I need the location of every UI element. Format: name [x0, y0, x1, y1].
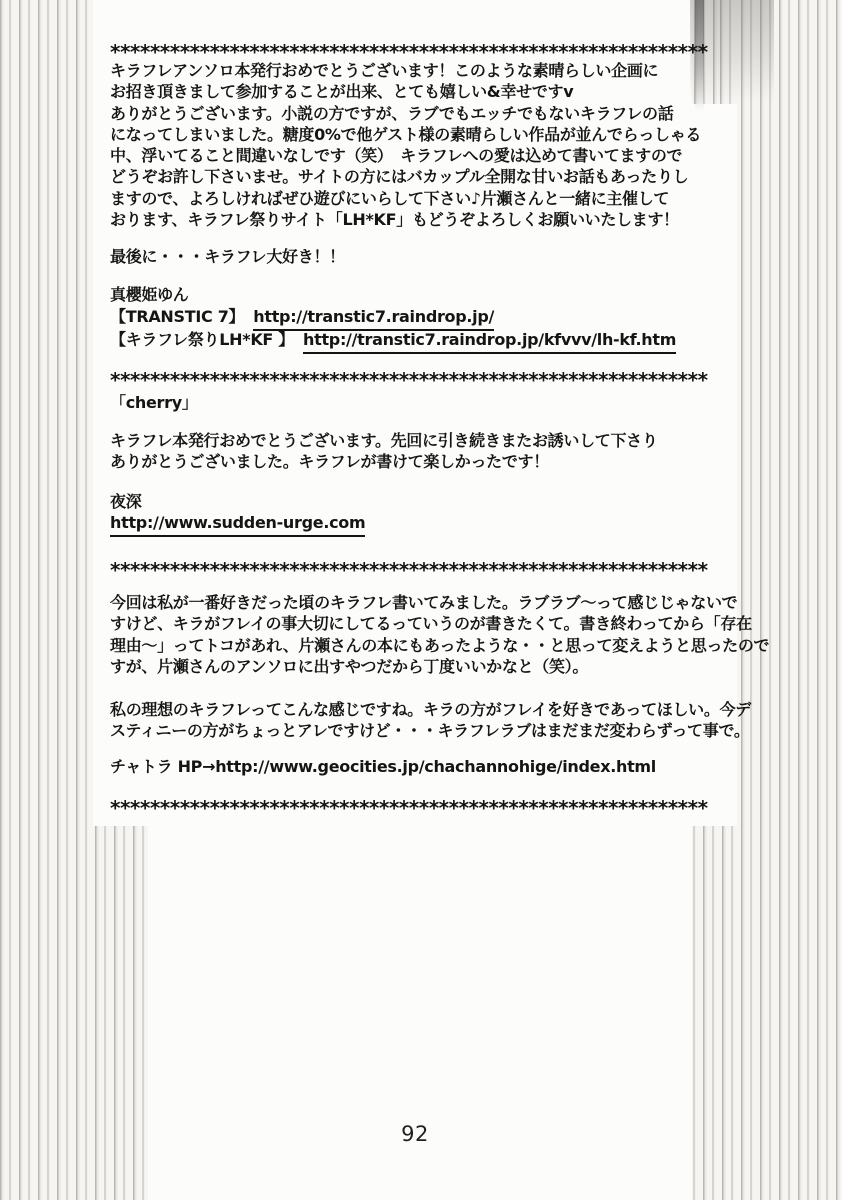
site-url: http://transtic7.raindrop.jp/	[253, 306, 494, 331]
guest1-author: 真櫻姫ゆん	[110, 284, 189, 305]
guest1-site-festival: 【キラフレ祭りLH*KF 】http://transtic7.raindrop.…	[110, 329, 676, 354]
guest3-site: チャトラ HP→http://www.geocities.jp/chachann…	[110, 756, 656, 778]
divider-row-1: ****************************************…	[110, 42, 708, 62]
divider-row-2: ****************************************…	[110, 370, 708, 390]
site-label: 【TRANSTIC 7】	[110, 307, 244, 326]
guest2-site: http://www.sudden-urge.com	[110, 512, 365, 537]
guest1-message: キラフレアンソロ本発行おめでとうございます！このような素晴らしい企画に お招き頂…	[110, 60, 701, 230]
divider-row-3: ****************************************…	[110, 560, 708, 580]
page-number: 92	[385, 1122, 445, 1146]
guest3-message-2: 私の理想のキラフレってこんな感じですね。キラの方がフレイを好きであってほしい。今…	[110, 699, 751, 742]
site-url: http://www.geocities.jp/chachannohige/in…	[215, 757, 656, 776]
site-label: 【キラフレ祭りLH*KF 】	[110, 330, 294, 349]
site-url: http://transtic7.raindrop.jp/kfvvv/lh-kf…	[303, 329, 676, 354]
divider-row-4: ****************************************…	[110, 798, 708, 818]
site-url: http://www.sudden-urge.com	[110, 512, 365, 537]
guest1-site-transtic: 【TRANSTIC 7】http://transtic7.raindrop.jp…	[110, 306, 494, 331]
guest2-message: キラフレ本発行おめでとうございます。先回に引き続きまたお誘いして下さり ありがと…	[110, 430, 658, 473]
site-label: チャトラ HP→	[110, 757, 215, 776]
guest2-title: 「cherry」	[110, 392, 198, 413]
guest3-message-1: 今回は私が一番好きだった頃のキラフレ書いてみました。ラブラブ～って感じじゃないで…	[110, 592, 769, 677]
scanned-page: ****************************************…	[0, 0, 842, 1200]
guest1-closing: 最後に・・・キラフレ大好き！！	[110, 246, 345, 267]
guest2-author: 夜深	[110, 491, 141, 512]
